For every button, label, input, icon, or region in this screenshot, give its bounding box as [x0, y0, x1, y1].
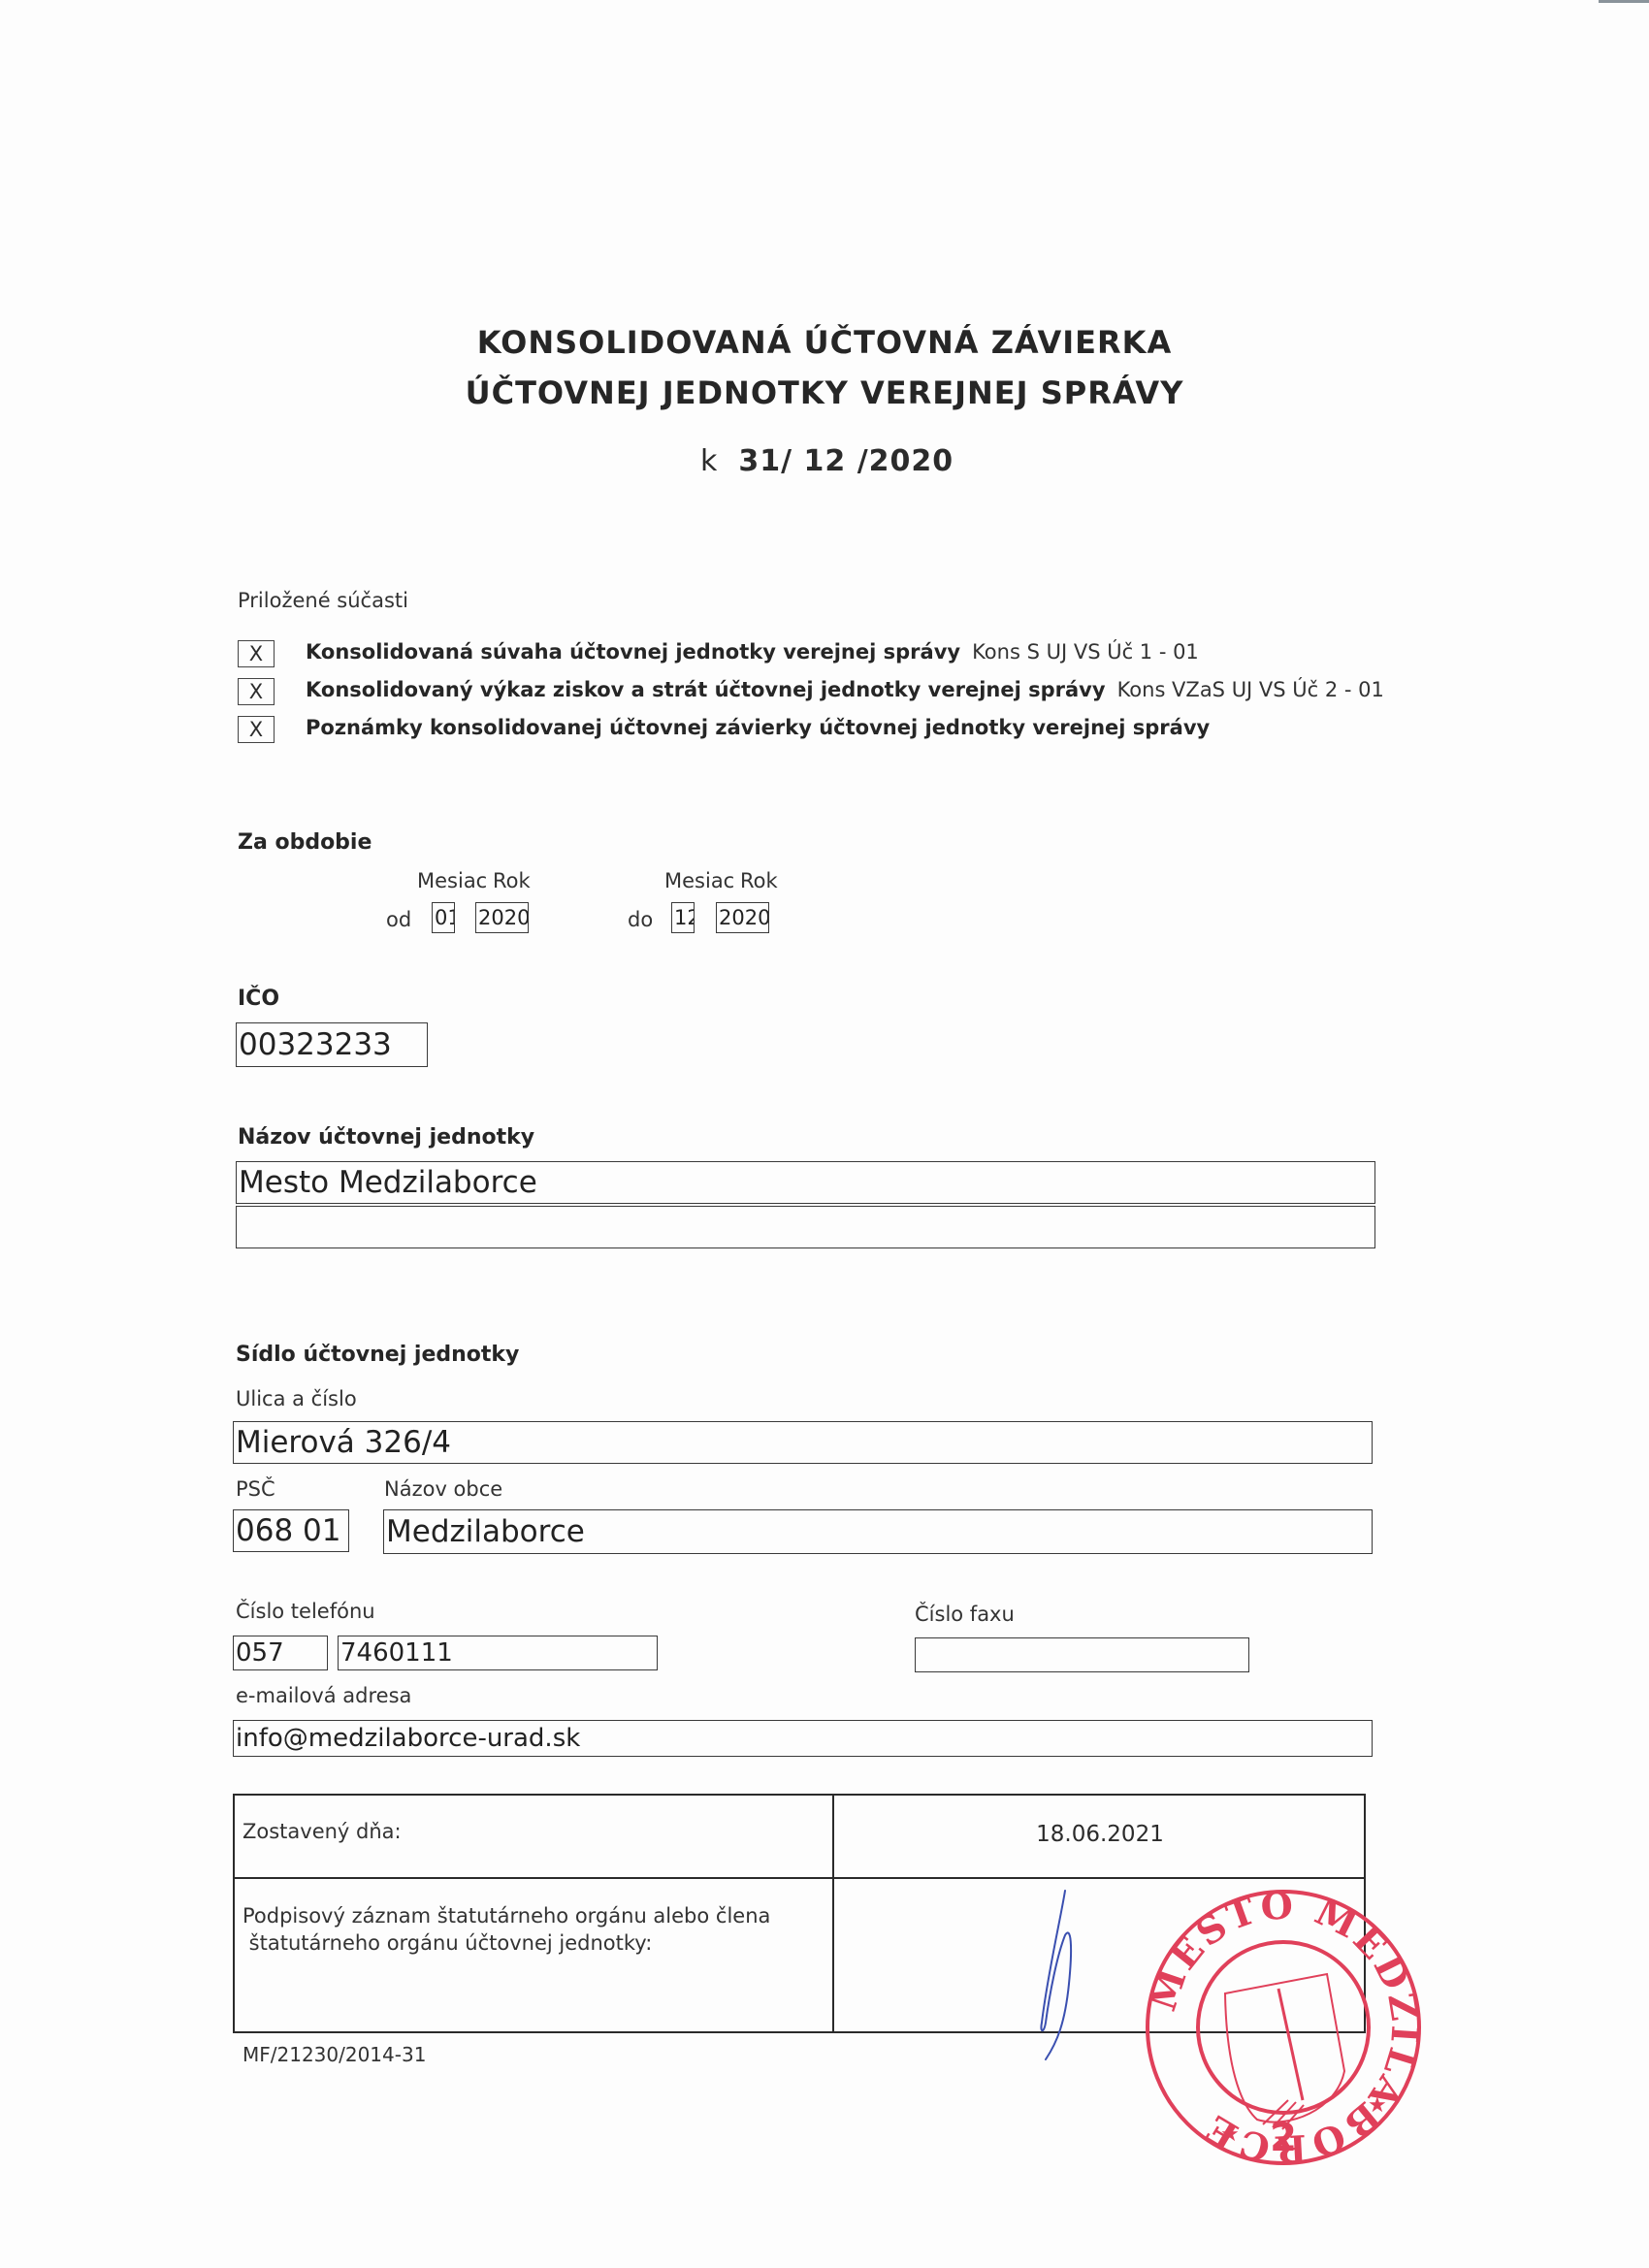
from-month-label: Mesiac — [417, 869, 487, 892]
attachment-checkbox-3[interactable]: X — [238, 716, 275, 743]
svg-text:★: ★ — [1368, 2093, 1387, 2118]
city-field[interactable]: Medzilaborce — [383, 1509, 1373, 1554]
official-stamp: MESTO MEDZILABORCE 2 ★ ★ — [1143, 1887, 1424, 2168]
email-field[interactable]: info@medzilaborce-urad.sk — [233, 1720, 1373, 1757]
report-date: k31/ 12 /2020 — [700, 444, 954, 478]
psc-label: PSČ — [236, 1477, 275, 1501]
phone-label: Číslo telefónu — [236, 1600, 375, 1623]
compiled-date-value: 18.06.2021 — [834, 1822, 1366, 1847]
attachment-text-2: Konsolidovaný výkaz ziskov a strát účtov… — [306, 678, 1384, 701]
attachment-text-1: Konsolidovaná súvaha účtovnej jednotky v… — [306, 640, 1199, 664]
phone-prefix-field[interactable]: 057 — [233, 1636, 328, 1670]
form-code: MF/21230/2014-31 — [242, 2043, 426, 2066]
attachment-title-1: Konsolidovaná súvaha účtovnej jednotky v… — [306, 640, 960, 664]
period-label: Za obdobie — [238, 830, 372, 855]
to-month-field[interactable]: 12 — [671, 902, 695, 933]
entity-name-label: Názov účtovnej jednotky — [238, 1125, 534, 1150]
attachment-title-3: Poznámky konsolidovanej účtovnej závierk… — [306, 716, 1210, 739]
ico-field[interactable]: 00323233 — [236, 1022, 428, 1067]
ico-label: IČO — [238, 987, 279, 1011]
attachment-checkbox-2[interactable]: X — [238, 678, 275, 705]
attachment-title-2: Konsolidovaný výkaz ziskov a strát účtov… — [306, 678, 1106, 701]
street-field[interactable]: Mierová 326/4 — [233, 1421, 1373, 1464]
fax-field[interactable] — [915, 1637, 1249, 1672]
attachment-code-1: Kons S UJ VS Úč 1 - 01 — [972, 640, 1199, 664]
psc-field[interactable]: 068 01 — [233, 1509, 349, 1552]
from-year-field[interactable]: 2020 — [475, 902, 529, 933]
to-month-label: Mesiac — [664, 869, 734, 892]
date-prefix: k — [700, 444, 717, 478]
stamp-number: 2 — [1270, 2116, 1297, 2160]
attachments-label: Priložené súčasti — [238, 589, 408, 612]
attachment-checkbox-1[interactable]: X — [238, 640, 275, 667]
document-title-line2: ÚČTOVNEJ JEDNOTKY VEREJNEJ SPRÁVY — [0, 374, 1649, 411]
table-divider-horizontal — [235, 1877, 1364, 1879]
to-label: do — [628, 908, 653, 931]
date-value: 31/ 12 /2020 — [738, 444, 954, 478]
compiled-date-label: Zostavený dňa: — [242, 1820, 402, 1843]
handwritten-signature — [1028, 1887, 1106, 2061]
scan-edge-mark — [1599, 0, 1649, 3]
from-month-field[interactable]: 01 — [432, 902, 455, 933]
fax-label: Číslo faxu — [915, 1603, 1015, 1626]
from-label: od — [386, 908, 411, 931]
phone-number-field[interactable]: 7460111 — [338, 1636, 658, 1670]
svg-text:★: ★ — [1220, 2122, 1240, 2147]
address-section-label: Sídlo účtovnej jednotky — [236, 1343, 519, 1367]
city-label: Názov obce — [384, 1477, 502, 1501]
street-label: Ulica a číslo — [236, 1387, 357, 1410]
document-title-line1: KONSOLIDOVANÁ ÚČTOVNÁ ZÁVIERKA — [0, 324, 1649, 361]
to-year-field[interactable]: 2020 — [716, 902, 769, 933]
entity-name-field-line1[interactable]: Mesto Medzilaborce — [236, 1161, 1375, 1204]
from-year-label: Rok — [493, 869, 531, 892]
email-label: e-mailová adresa — [236, 1684, 411, 1707]
signature-label-line2: štatutárneho orgánu účtovnej jednotky: — [242, 1931, 652, 1955]
entity-name-field-line2[interactable] — [236, 1206, 1375, 1248]
attachment-text-3: Poznámky konsolidovanej účtovnej závierk… — [306, 716, 1210, 739]
signature-label-line1: Podpisový záznam štatutárneho orgánu ale… — [242, 1904, 770, 1928]
to-year-label: Rok — [740, 869, 778, 892]
attachment-code-2: Kons VZaS UJ VS Úč 2 - 01 — [1117, 678, 1384, 701]
